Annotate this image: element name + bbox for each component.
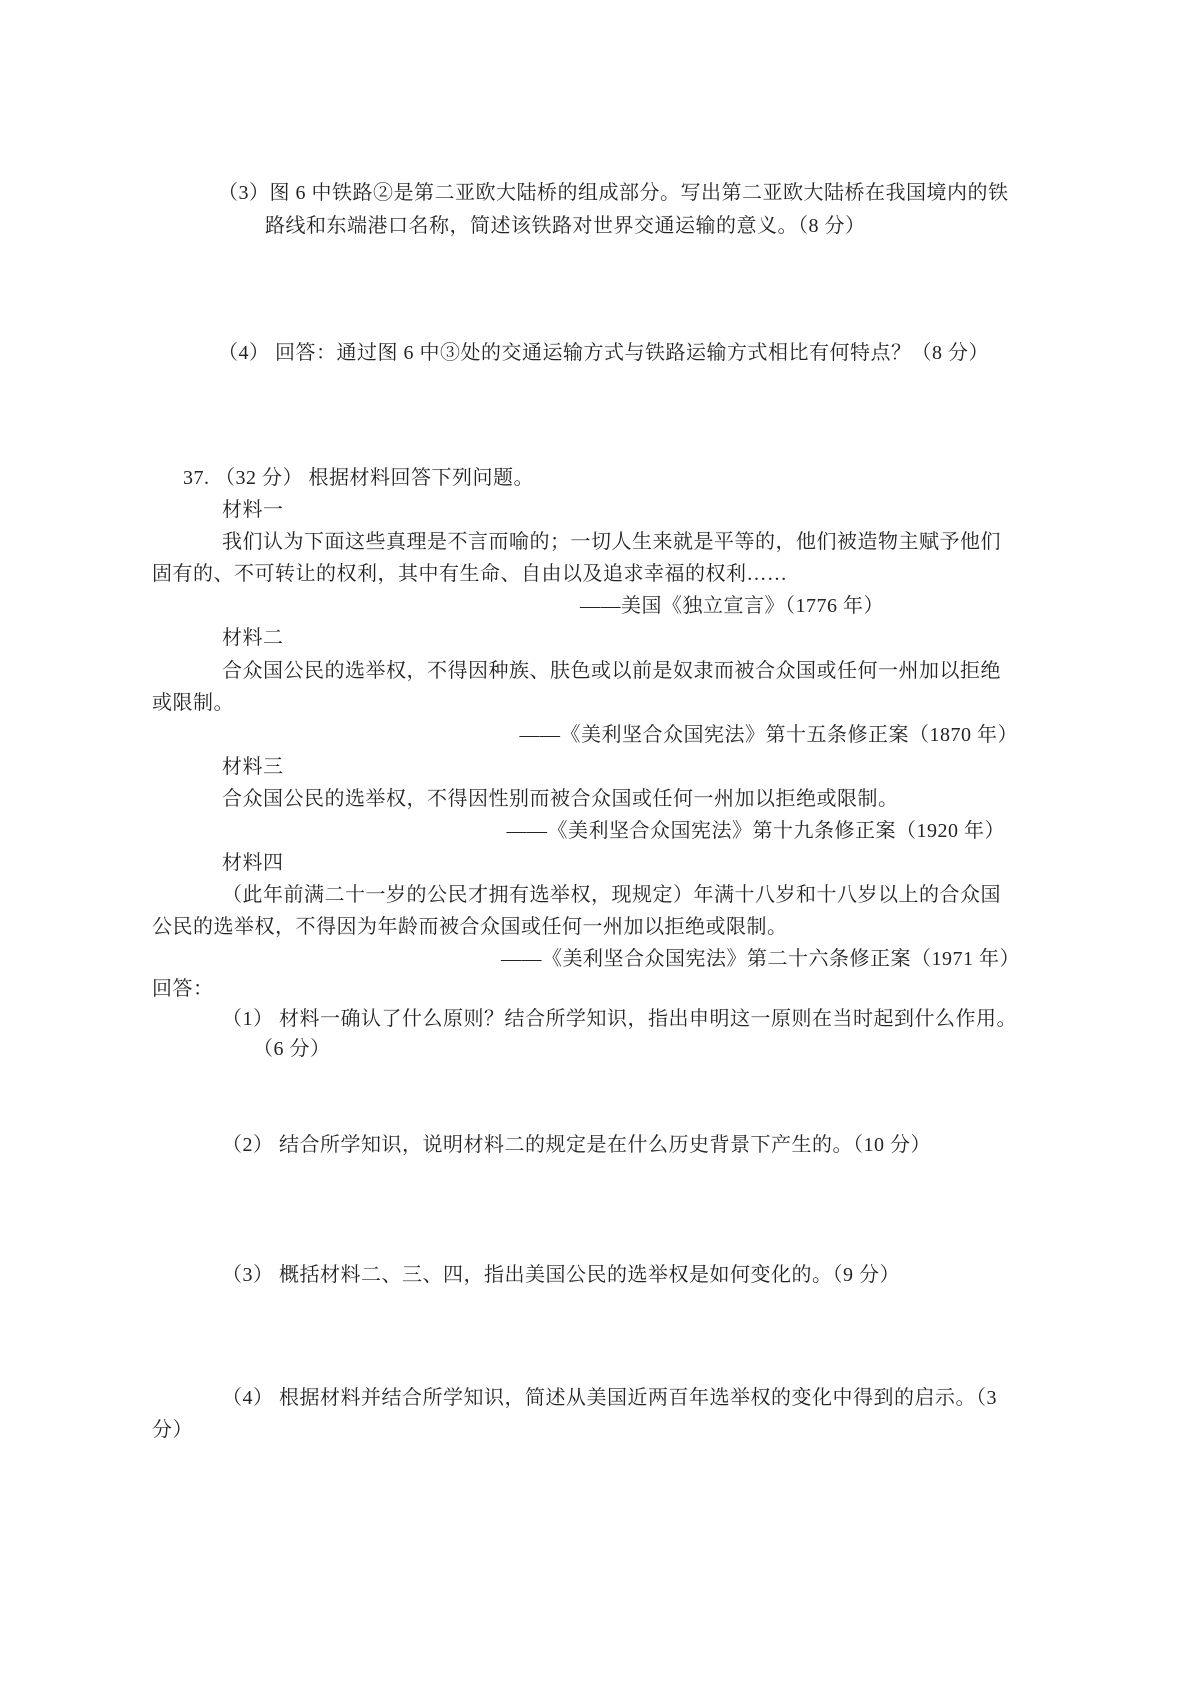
text-line: 材料二 — [222, 623, 284, 653]
text-line: 分） — [152, 1415, 193, 1445]
text-line: 我们认为下面这些真理是不言而喻的；一切人生来就是平等的，他们被造物主赋予他们 — [222, 527, 1001, 557]
text-line: 路线和东端港口名称，简述该铁路对世界交通运输的意义。（8 分） — [265, 211, 866, 241]
text-line: （1） 材料一确认了什么原则？结合所学知识，指出申明这一原则在当时起到什么作用。 — [222, 1004, 1017, 1034]
text-line: ——《美利坚合众国宪法》第十五条修正案（1870 年） — [520, 720, 1019, 750]
text-line: 材料三 — [222, 752, 284, 782]
text-line: ——《美利坚合众国宪法》第二十六条修正案（1971 年） — [501, 944, 1020, 974]
text-line: （6 分） — [253, 1034, 331, 1064]
text-line: 公民的选举权，不得因为年龄而被合众国或任何一州加以拒绝或限制。 — [152, 912, 788, 942]
text-line: 材料四 — [222, 848, 284, 878]
text-line: 37. （32 分） 根据材料回答下列问题。 — [183, 463, 534, 493]
text-line: （2） 结合所学知识，说明材料二的规定是在什么历史背景下产生的。（10 分） — [222, 1130, 931, 1160]
text-line: ——《美利坚合众国宪法》第十九条修正案（1920 年） — [507, 816, 1006, 846]
text-line: （4） 回答：通过图 6 中③处的交通运输方式与铁路运输方式相比有何特点？（8 … — [218, 338, 989, 368]
text-line: ——美国《独立宣言》（1776 年） — [580, 591, 884, 621]
text-line: 材料一 — [222, 495, 284, 525]
text-line: 回答： — [152, 974, 214, 1004]
text-line: （4） 根据材料并结合所学知识，简述从美国近两百年选举权的变化中得到的启示。（3 — [222, 1383, 997, 1413]
text-line: 合众国公民的选举权，不得因性别而被合众国或任何一州加以拒绝或限制。 — [222, 784, 899, 814]
text-line: 合众国公民的选举权，不得因种族、肤色或以前是奴隶而被合众国或任何一州加以拒绝 — [222, 656, 1001, 686]
text-line: （3） 概括材料二、三、四，指出美国公民的选举权是如何变化的。（9 分） — [222, 1260, 900, 1290]
text-line: （3）图 6 中铁路②是第二亚欧大陆桥的组成部分。写出第二亚欧大陆桥在我国境内的… — [218, 178, 1009, 208]
text-line: （此年前满二十一岁的公民才拥有选举权，现规定）年满十八岁和十八岁以上的合众国 — [222, 880, 1001, 910]
text-line: 固有的、不可转让的权利，其中有生命、自由以及追求幸福的权利…… — [152, 559, 788, 589]
document-page: （3）图 6 中铁路②是第二亚欧大陆桥的组成部分。写出第二亚欧大陆桥在我国境内的… — [0, 0, 1200, 1698]
text-line: 或限制。 — [152, 688, 234, 718]
